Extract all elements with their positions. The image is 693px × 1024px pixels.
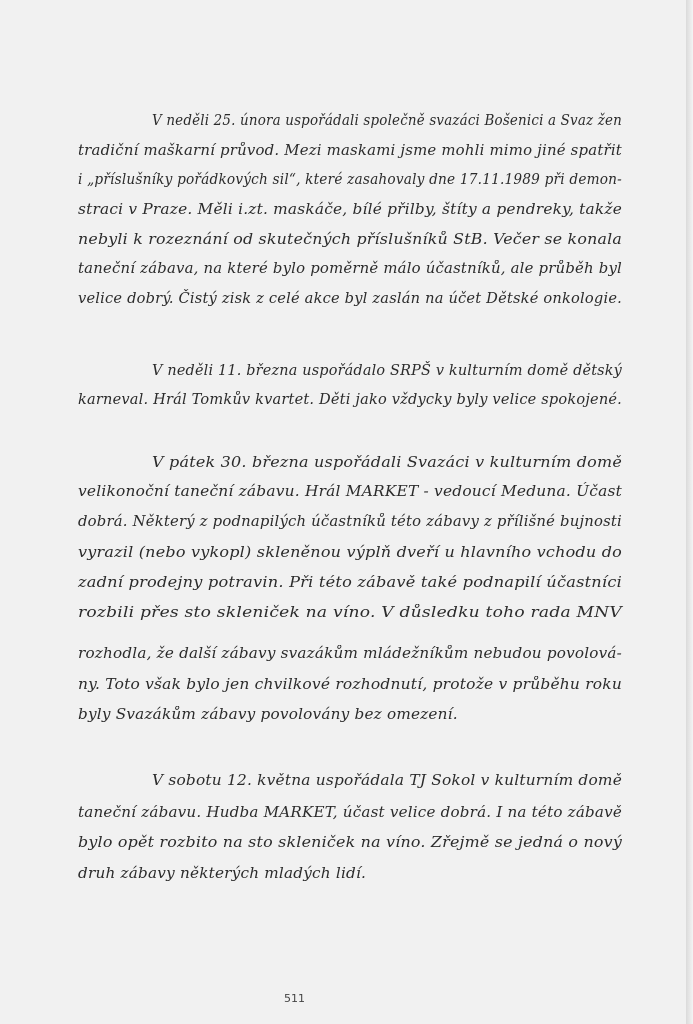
text-line: straci v Praze. Měli i.zt. maskáče, bílé… [78, 202, 622, 218]
document-page: V neděli 25. února uspořádali společně s… [0, 0, 687, 1024]
page-number: 511 [284, 992, 305, 1005]
text-line: bylo opět rozbito na sto skleniček na ví… [78, 835, 622, 851]
text-line: velice dobrý. Čistý zisk z celé akce byl… [78, 291, 622, 307]
text-line: zadní prodejny potravin. Při této zábavě… [78, 575, 622, 591]
text-line: ny. Toto však bylo jen chvilkové rozhodn… [78, 677, 622, 693]
text-line: rozbili přes sto skleniček na víno. V dů… [78, 605, 622, 621]
text-line: V neděli 25. února uspořádali společně s… [152, 113, 622, 129]
text-line: druh zábavy některých mladých lidí. [78, 866, 366, 882]
text-line: V pátek 30. března uspořádali Svazáci v … [152, 455, 622, 471]
text-line: vyrazil (nebo vykopl) skleněnou výplň dv… [78, 545, 622, 561]
text-line: V sobotu 12. května uspořádala TJ Sokol … [152, 773, 622, 789]
text-line: byly Svazákům zábavy povolovány bez omez… [78, 707, 458, 723]
text-line: karneval. Hrál Tomkův kvartet. Děti jako… [78, 392, 622, 408]
text-line: taneční zábava, na které bylo poměrně má… [78, 261, 622, 277]
text-line: taneční zábavu. Hudba MARKET, účast veli… [78, 805, 622, 821]
text-line: V neděli 11. března uspořádalo SRPŠ v ku… [152, 363, 622, 379]
text-line: nebyli k rozeznání od skutečných přísluš… [78, 232, 622, 248]
text-line: velikonoční taneční zábavu. Hrál MARKET … [78, 484, 622, 500]
page-edge [686, 0, 693, 1024]
text-line: rozhodla, že další zábavy svazákům mláde… [78, 646, 622, 662]
text-line: tradiční maškarní průvod. Mezi maskami j… [78, 143, 622, 159]
text-line: i „příslušníky pořádkových sil“, které z… [78, 172, 622, 188]
text-line: dobrá. Některý z podnapilých účastníků t… [78, 514, 622, 530]
